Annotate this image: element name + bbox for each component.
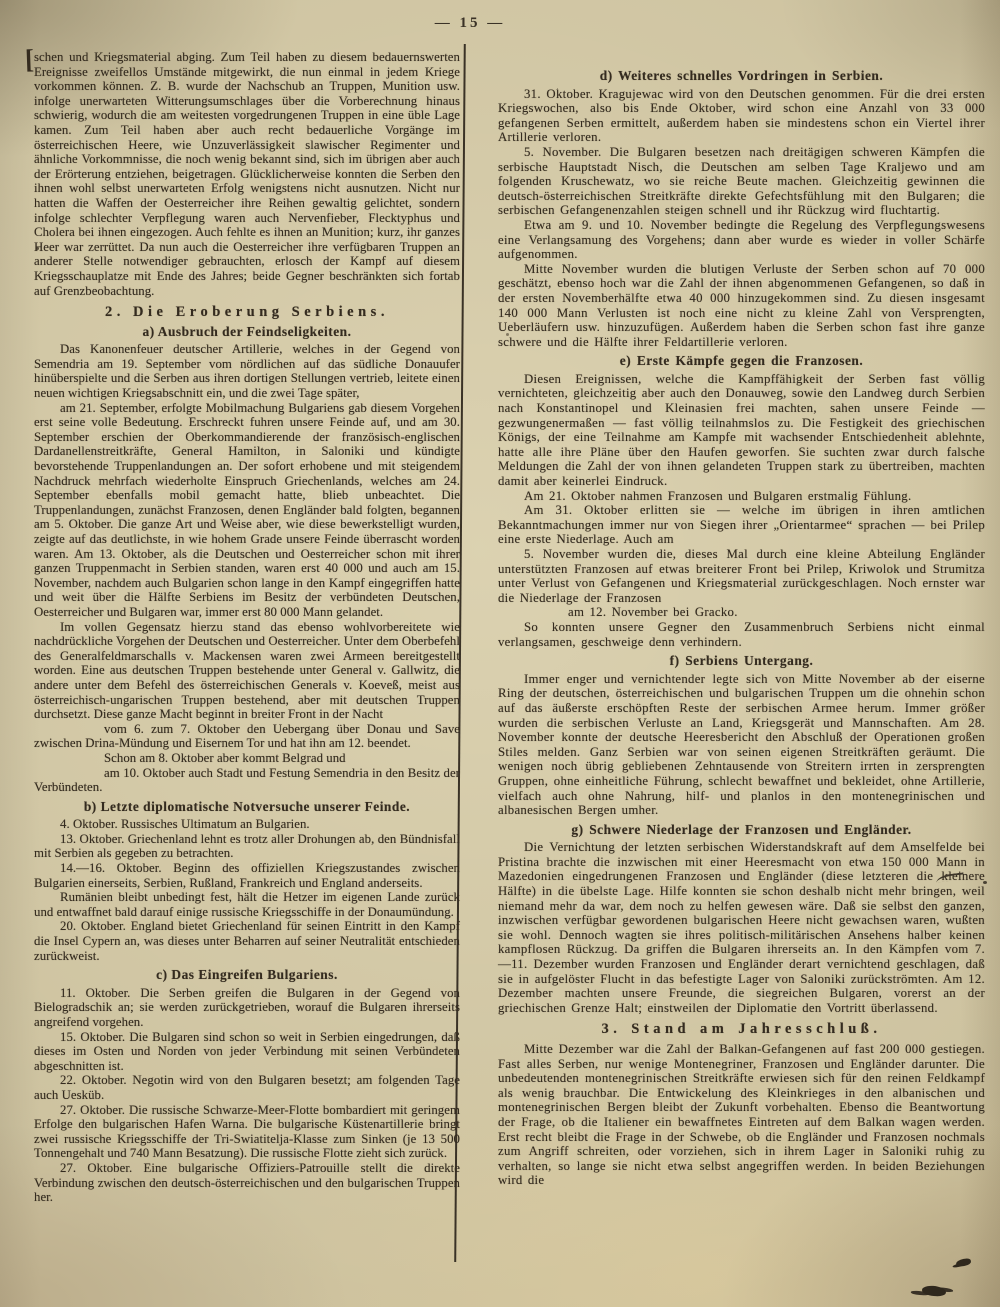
ink-specks <box>36 247 39 250</box>
subsection-heading: f) Serbiens Untergang. <box>498 654 985 669</box>
section-heading: 3. Stand am Jahresschluß. <box>498 1022 985 1037</box>
paragraph: 14.—16. Oktober. Beginn des offiziellen … <box>34 861 460 890</box>
paragraph: Schon am 8. Oktober aber kommt Belgrad u… <box>34 751 460 766</box>
paragraph: 13. Oktober. Griechenland lehnt es trotz… <box>34 832 460 861</box>
section-heading: 2. Die Eroberung Serbiens. <box>34 305 460 320</box>
paragraph: Am 21. Oktober nahmen Franzosen und Bulg… <box>498 489 985 504</box>
opening-bracket-artifact: [ <box>24 44 34 75</box>
paragraph: Mitte November wurden die blutigen Verlu… <box>498 262 985 350</box>
subsection-heading: d) Weiteres schnelles Vordringen in Serb… <box>498 69 985 84</box>
pencil-dot-mark <box>983 881 987 884</box>
paragraph: Rumänien bleibt unbedingt fest, hält die… <box>34 890 460 919</box>
paragraph: 4. Oktober. Russisches Ultimatum an Bulg… <box>34 817 460 832</box>
left-column: schen und Kriegsmaterial abging. Zum Tei… <box>34 50 460 1205</box>
subsection-heading: e) Erste Kämpfe gegen die Franzosen. <box>498 354 985 369</box>
paragraph: am 12. November bei Gracko. <box>498 605 985 620</box>
subsection-heading: a) Ausbruch der Feindseligkeiten. <box>34 325 460 340</box>
paragraph: 27. Oktober. Die russische Schwarze-Meer… <box>34 1103 460 1161</box>
paragraph: Das Kanonenfeuer deutscher Artillerie, w… <box>34 342 460 400</box>
right-column: d) Weiteres schnelles Vordringen in Serb… <box>498 64 985 1188</box>
ink-blob-small <box>956 1258 972 1267</box>
paragraph: Immer enger und vernichtender legte sich… <box>498 672 985 818</box>
paragraph: 27. Oktober. Eine bulgarische Offiziers-… <box>34 1161 460 1205</box>
ink-blob-large <box>922 1285 947 1297</box>
paragraph: Mitte Dezember war die Zahl der Balkan-G… <box>498 1042 985 1188</box>
paragraph: am 21. September, erfolgte Mobilmachung … <box>34 401 460 620</box>
subsection-heading: c) Das Eingreifen Bulgariens. <box>34 968 460 983</box>
paragraph: 22. Oktober. Negotin wird von den Bulgar… <box>34 1073 460 1102</box>
paragraph: Diesen Ereignissen, welche die Kampffähi… <box>498 372 985 489</box>
paragraph: 20. Oktober. England bietet Griechenland… <box>34 919 460 963</box>
page-number: — 15 — <box>0 15 940 32</box>
paragraph: 11. Oktober. Die Serben greifen die Bulg… <box>34 986 460 1030</box>
paragraph: 15. Oktober. Die Bulgaren sind schon so … <box>34 1030 460 1074</box>
paragraph: So konnten unsere Gegner den Zusammenbru… <box>498 620 985 649</box>
paragraph: vom 6. zum 7. Oktober den Uebergang über… <box>34 722 460 751</box>
paragraph: 31. Oktober. Kragujewac wird von den Deu… <box>498 87 985 145</box>
paragraph: 5. November. Die Bulgaren besetzen nach … <box>498 145 985 218</box>
paragraph: Die Vernichtung der letzten serbischen W… <box>498 840 985 1015</box>
subsection-heading: b) Letzte diplomatische Notversuche unse… <box>34 800 460 815</box>
paragraph: Etwa am 9. und 10. November bedingte die… <box>498 218 985 262</box>
paragraph: Am 31. Oktober erlitten sie — welche im … <box>498 503 985 547</box>
paragraph: 5. November wurden die, dieses Mal durch… <box>498 547 985 605</box>
paragraph: am 10. Oktober auch Stadt und Festung Se… <box>34 766 460 795</box>
book-page: — 15 — schen und Kriegsmaterial abging. … <box>0 0 1000 1307</box>
paragraph: schen und Kriegsmaterial abging. Zum Tei… <box>34 50 460 298</box>
paragraph: Im vollen Gegensatz hierzu stand das ebe… <box>34 620 460 722</box>
subsection-heading: g) Schwere Niederlage der Franzosen und … <box>498 823 985 838</box>
